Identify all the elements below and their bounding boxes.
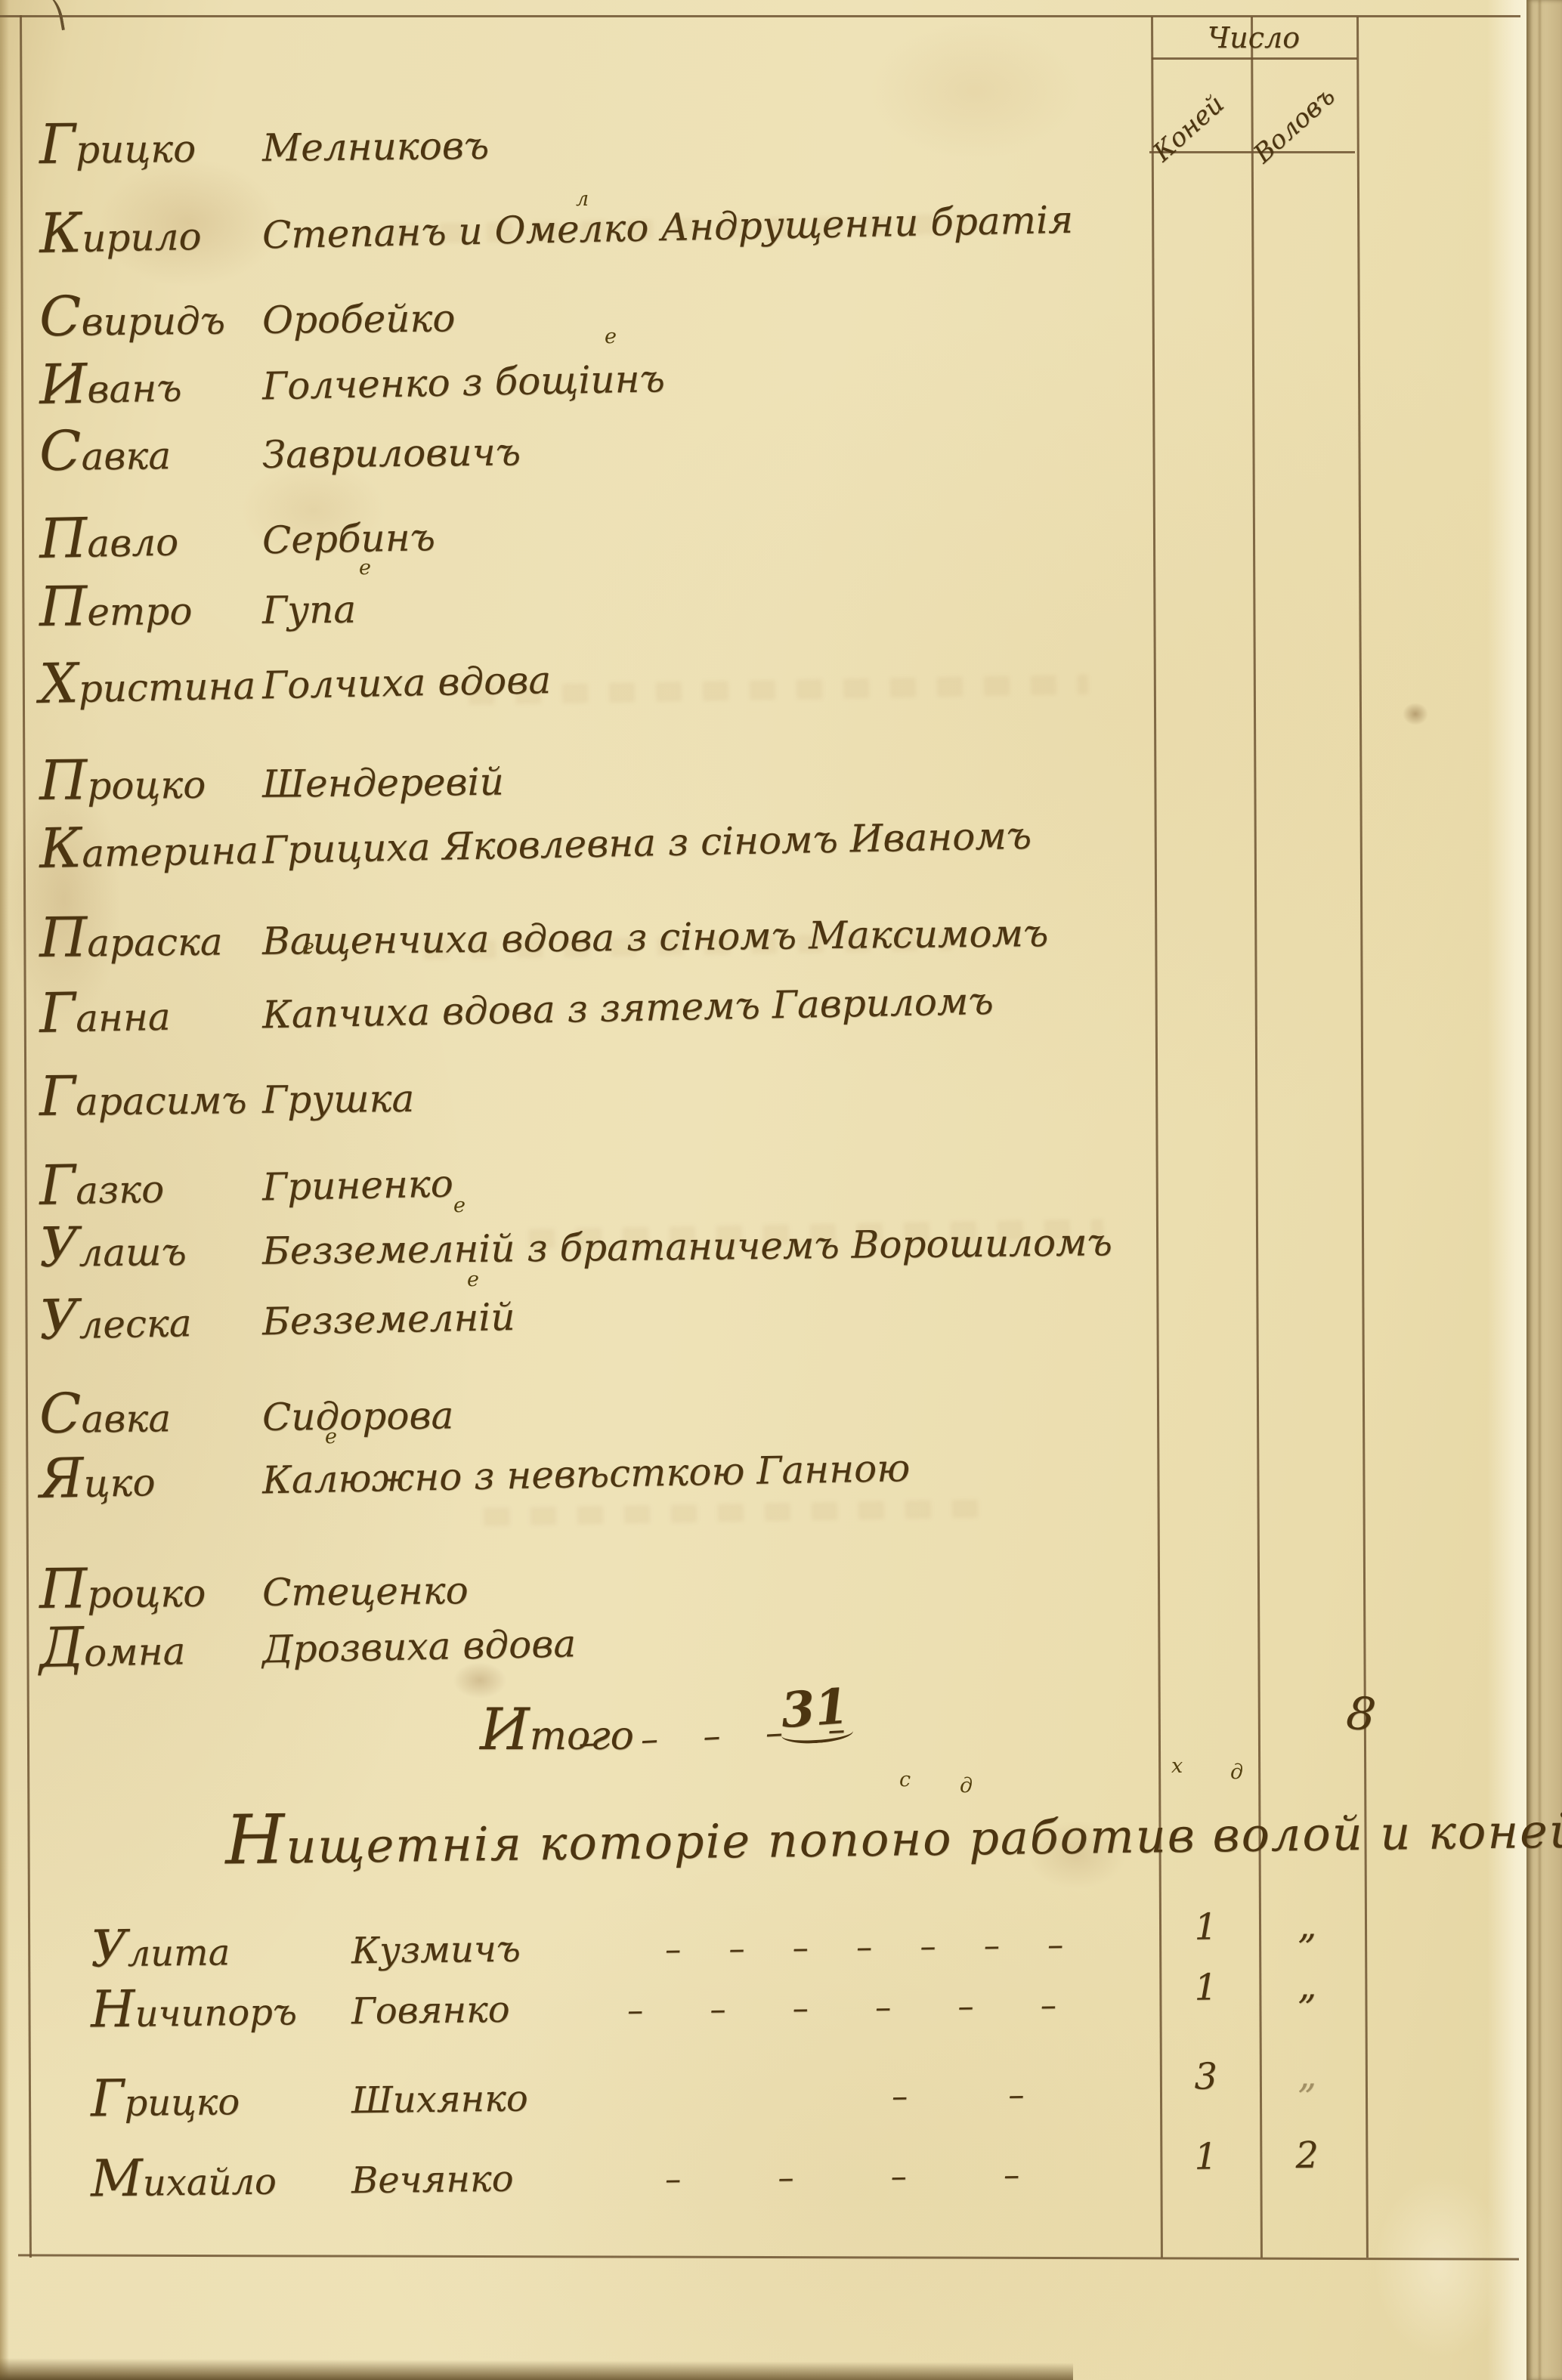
person-first-name: Процко	[39, 1556, 263, 1621]
top-rule	[0, 15, 1520, 17]
person-first-name: Ганна	[39, 978, 263, 1046]
table-header-number: Число	[1155, 21, 1353, 54]
person-surname: Оробейко	[262, 296, 456, 342]
census-row: ПараскаВащенчиха вдова з сіномъ Максимом…	[39, 896, 1049, 970]
poor-row: ГрицкоШихянко – – 3 „	[0, 2051, 1562, 2129]
person-surname: Ващенчиха вдова з сіномъ Максимомъ	[262, 911, 1049, 963]
ink-bleedthrough	[469, 675, 1088, 705]
person-first-name: Катерина	[39, 813, 263, 881]
oxen-count: „	[1263, 2054, 1351, 2097]
row-dashes: – –	[892, 2076, 1025, 2114]
person-surname: Гупа	[262, 588, 357, 632]
oxen-count: „	[1263, 1964, 1351, 2008]
person-surname: Вечянко	[351, 2158, 514, 2202]
superscript-letter: е	[453, 1194, 466, 1217]
oxen-count: „	[1263, 1904, 1351, 1947]
census-row: ГрицкоМелниковъ	[39, 109, 490, 177]
person-first-name: Параска	[39, 904, 263, 970]
person-first-name: Свиридъ	[39, 283, 263, 349]
poor-row: МихайлоВечянко – – – – 1 2	[0, 2131, 1562, 2209]
superscript-letter: д	[1230, 1760, 1243, 1784]
superscript-letter: е	[605, 325, 617, 348]
horses-count: 1	[1163, 1966, 1248, 2009]
row-dashes: – – – –	[665, 2156, 1020, 2198]
horses-count: 1	[1163, 2135, 1248, 2178]
person-first-name: Улита	[91, 1916, 352, 1978]
person-surname: Голченко з бощіинъ	[262, 357, 666, 408]
horses-count: 1	[1163, 1906, 1248, 1949]
row-dashes: – – – – – –	[627, 1986, 1056, 2029]
census-row: ПавлоСербинъ	[39, 500, 435, 571]
census-row: ДомнаДрозвиха вдова	[39, 1606, 577, 1680]
census-row: ХристинаГолчиха вдова	[39, 643, 552, 716]
person-surname: Говянко	[351, 1989, 510, 2033]
section-header: Нищетнія которіе попоно работив волой и …	[224, 1783, 1562, 1881]
census-row: СвиридъОробейко	[39, 281, 456, 349]
horses-count: 3	[1163, 2055, 1248, 2098]
person-surname: Кузмичъ	[351, 1928, 521, 1973]
person-first-name: Петро	[39, 573, 263, 639]
superscript-letter: е	[467, 1268, 479, 1291]
superscript-letter: с	[899, 1768, 911, 1791]
paper-crease	[1539, 0, 1541, 2380]
census-row: КирилоСтепанъ и Омелко Андрущенни братія	[39, 183, 1074, 266]
person-first-name: Газко	[39, 1150, 263, 1218]
census-row: ПетроГупа	[39, 573, 357, 639]
person-surname: Шендеревій	[262, 760, 504, 806]
manuscript-page: Число Коней Воловъ ГрицкоМелниковъ Кирил…	[0, 0, 1562, 2380]
person-surname: Сербинъ	[262, 515, 436, 562]
table-header-rule	[1152, 57, 1357, 60]
person-surname: Шихянко	[351, 2077, 528, 2122]
census-row: УлашъБезземелній з братаничемъ Ворошилом…	[39, 1205, 1113, 1280]
person-first-name: Савка	[39, 1380, 263, 1446]
page-fold-highlight	[1487, 0, 1526, 2380]
person-first-name: Павло	[39, 503, 263, 571]
column-header-horses: Коней	[1147, 89, 1229, 168]
census-row: ИванъГолченко з бощіинъ	[39, 342, 665, 417]
person-surname: Голчиха вдова	[262, 658, 552, 707]
census-row: ПроцкоШендеревій	[39, 745, 505, 813]
stain	[1403, 703, 1428, 725]
paper-bottom-edge	[0, 2358, 1073, 2380]
person-first-name: Михайло	[91, 2146, 352, 2208]
person-first-name: Грицко	[91, 2066, 352, 2128]
person-surname: Степанъ и Омелко Андрущенни братія	[262, 198, 1074, 258]
person-first-name: Улеска	[39, 1284, 263, 1352]
person-first-name: Яцко	[39, 1443, 263, 1511]
person-surname: Гриненко	[262, 1161, 454, 1209]
bottom-rule	[18, 2254, 1519, 2260]
person-first-name: Ничипоръ	[91, 1977, 352, 2038]
person-first-name: Улашъ	[39, 1214, 263, 1280]
person-first-name: Савка	[39, 418, 263, 484]
superscript-letter: е	[325, 1425, 337, 1448]
person-surname: Капчиха вдова з зятемъ Гавриломъ	[262, 979, 994, 1037]
census-row: СавкаЗавриловичъ	[39, 415, 521, 484]
row-dashes: – – – – – – –	[665, 1926, 1064, 1967]
total-right-value: 8	[1344, 1686, 1378, 1742]
superscript-letter: е	[302, 935, 314, 959]
census-row: УлескаБезземелній	[39, 1280, 515, 1352]
superscript-letter: х	[1171, 1754, 1183, 1778]
census-row: ГарасимъГрушка	[39, 1062, 415, 1129]
page-fold-shadow	[1526, 0, 1562, 2380]
census-row: СавкаСидорова	[39, 1378, 454, 1446]
person-first-name: Грицко	[39, 111, 263, 177]
superscript-letter: л	[576, 187, 589, 211]
person-surname: Мелниковъ	[262, 124, 490, 170]
person-first-name: Кирило	[39, 198, 263, 266]
census-row: ГазкоГриненко	[39, 1146, 453, 1217]
person-surname: Грициха Яковлевна з сіномъ Иваномъ	[262, 814, 1032, 873]
person-first-name: Домна	[39, 1612, 263, 1680]
person-surname: Стеценко	[262, 1569, 469, 1615]
person-first-name: Гарасимъ	[39, 1063, 263, 1129]
total-value: 31	[778, 1678, 854, 1745]
superscript-letter: е	[359, 556, 371, 580]
person-first-name: Иванъ	[39, 349, 263, 417]
stain	[869, 23, 1081, 159]
person-surname: Калюжно з невѣсткою Ганною	[262, 1446, 911, 1502]
person-surname: Безземелній	[262, 1295, 516, 1343]
person-surname: Дрозвиха вдова	[262, 1621, 577, 1671]
person-surname: Завриловичъ	[262, 430, 521, 477]
census-row: ГаннаКапчиха вдова з зятемъ Гавриломъ	[39, 964, 994, 1046]
ink-bleedthrough	[484, 1499, 998, 1526]
person-surname: Сидорова	[262, 1393, 454, 1439]
person-surname: Безземелній з братаничемъ Ворошиломъ	[262, 1220, 1112, 1273]
stain	[1375, 2176, 1504, 2357]
person-surname: Грушка	[262, 1077, 415, 1122]
person-first-name: Процко	[39, 747, 263, 813]
column-header-oxen: Воловъ	[1248, 81, 1341, 169]
oxen-count: 2	[1263, 2134, 1351, 2177]
person-first-name: Христина	[39, 648, 263, 716]
